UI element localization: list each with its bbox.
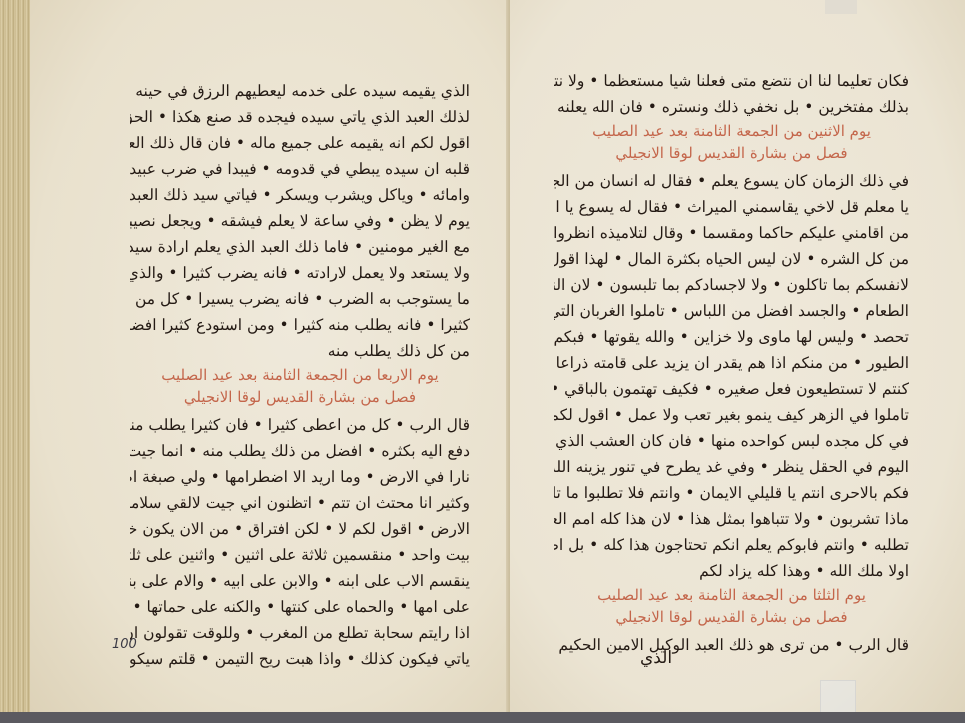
page-tab-marker: [825, 0, 857, 14]
text-line: فكم بالاحرى انتم يا قليلي الايمان • وانت…: [554, 480, 909, 506]
rubric-subheading: فصل من بشارة القديس لوقا الانجيلي: [554, 606, 909, 628]
text-line: اقول لكم انه يقيمه على جميع ماله • فان ق…: [130, 130, 470, 156]
text-line: في كل مجده لبس كواحده منها • فان كان الع…: [554, 428, 909, 454]
text-line: من كل الشره • لان ليس الحياه بكثرة المال…: [554, 246, 909, 272]
text-line: الذي يقيمه سيده على خدمه ليعطيهم الرزق ف…: [130, 78, 470, 104]
page-edges-stack: [0, 0, 30, 712]
folio-number: 100: [112, 637, 137, 652]
text-line: كنتم لا تستطيعون فعل صغيره • فكيف تهتمون…: [554, 376, 909, 402]
right-page-text: فكان تعليما لنا ان نتضع متى فعلنا شيا مس…: [554, 68, 909, 658]
text-line: كثيرا • فانه يطلب منه كثيرا • ومن استودع…: [130, 312, 470, 338]
left-page-text: الذي يقيمه سيده على خدمه ليعطيهم الرزق ف…: [130, 78, 470, 672]
text-line: على امها • والحماه على كنتها • والكنه عل…: [130, 594, 470, 620]
text-line: ولا يستعد ولا يعمل لارادته • فانه يضرب ك…: [130, 260, 470, 286]
page-clip: [820, 680, 856, 714]
text-line: لذلك العبد الذي ياتي سيده فيجده قد صنع ه…: [130, 104, 470, 130]
text-line: من اقامني عليكم حاكما ومقسما • وقال لتلا…: [554, 220, 909, 246]
background-surface: [0, 712, 965, 723]
text-line: فكان تعليما لنا ان نتضع متى فعلنا شيا مس…: [554, 68, 909, 94]
text-line: الطعام • والجسد افضل من اللباس • تاملوا …: [554, 298, 909, 324]
right-page: فكان تعليما لنا ان نتضع متى فعلنا شيا مس…: [510, 0, 965, 712]
text-line: ينقسم الاب على ابنه • والابن على ابيه • …: [130, 568, 470, 594]
text-line: اذا رايتم سحابة تطلع من المغرب • وللوقت …: [130, 620, 470, 646]
text-line: الطيور • من منكم اذا هم يقدر ان يزيد على…: [554, 350, 909, 376]
text-line: لانفسكم بما تاكلون • ولا لاجسادكم بما تل…: [554, 272, 909, 298]
text-line: مع الغير مومنين • فاما ذلك العبد الذي يع…: [130, 234, 470, 260]
rubric-subheading: فصل من بشارة القديس لوقا الانجيلي: [554, 142, 909, 164]
text-line: يا معلم قل لاخي يقاسمني الميراث • فقال ل…: [554, 194, 909, 220]
text-line: يوم لا يظن • وفي ساعة لا يعلم فيشقه • وي…: [130, 208, 470, 234]
text-line: في ذلك الزمان كان يسوع يعلم • فقال له ان…: [554, 168, 909, 194]
text-line: ماذا تشربون • ولا تتباهوا بمثل هذا • لان…: [554, 506, 909, 532]
text-line: اليوم في الحقل ينظر • وفي غد يطرح في تنو…: [554, 454, 909, 480]
rubric-heading: يوم الاثنين من الجمعة الثامنة بعد عيد ال…: [554, 120, 909, 142]
text-line: قال الرب • من ترى هو ذلك العبد الوكيل ال…: [554, 632, 909, 658]
left-page: الذي يقيمه سيده على خدمه ليعطيهم الرزق ف…: [30, 0, 510, 712]
catchword: الذي: [640, 648, 672, 668]
text-line: بيت واحد • منقسمين ثلاثة على اثنين • واث…: [130, 542, 470, 568]
text-line: دفع اليه بكثره • افضل من ذلك يطلب منه • …: [130, 438, 470, 464]
text-line: نارا في الارض • وما اريد الا اضطرامها • …: [130, 464, 470, 490]
rubric-heading: يوم الثلثا من الجمعة الثامنة بعد عيد الص…: [554, 584, 909, 606]
text-line: قال الرب • كل من اعطى كثيرا • فان كثيرا …: [130, 412, 470, 438]
text-line: ياتي فيكون كذلك • واذا هبت ريح التيمن • …: [130, 646, 470, 672]
text-line: وامائه • وياكل ويشرب ويسكر • فياتي سيد ذ…: [130, 182, 470, 208]
text-line: تطلبه • وانتم فابوكم يعلم انكم تحتاجون ه…: [554, 532, 909, 558]
text-line: ما يستوجب به الضرب • فانه يضرب يسيرا • ك…: [130, 286, 470, 312]
text-line: الارض • اقول لكم لا • لكن افتراق • من ال…: [130, 516, 470, 542]
open-manuscript: الذي يقيمه سيده على خدمه ليعطيهم الرزق ف…: [0, 0, 965, 712]
text-line: بذلك مفتخرين • بل نخفي ذلك ونستره • فان …: [554, 94, 909, 120]
text-line: من كل ذلك يطلب منه: [130, 338, 470, 364]
text-line: قلبه ان سيده يبطي في قدومه • فيبدا في ضر…: [130, 156, 470, 182]
text-line: اولا ملك الله • وهذا كله يزاد لكم: [554, 558, 909, 584]
text-line: تاملوا في الزهر كيف ينمو بغير تعب ولا عم…: [554, 402, 909, 428]
rubric-subheading: فصل من بشارة القديس لوقا الانجيلي: [130, 386, 470, 408]
rubric-heading: يوم الاربعا من الجمعة الثامنة بعد عيد ال…: [130, 364, 470, 386]
text-line: وكثير انا محتث ان تتم • اتظنون اني جيت ل…: [130, 490, 470, 516]
text-line: تحصد • وليس لها ماوى ولا خزاين • والله ي…: [554, 324, 909, 350]
